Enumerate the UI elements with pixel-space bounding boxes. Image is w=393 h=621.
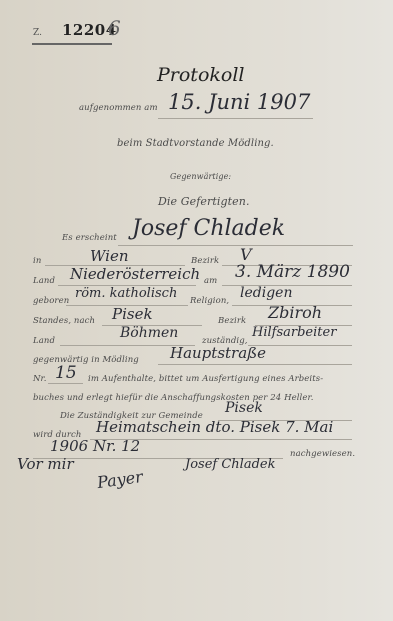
rule-street <box>158 364 352 365</box>
field-label-land: Land <box>33 276 55 286</box>
rule-house-number <box>48 383 83 384</box>
field-value-origin: Pisek <box>112 305 153 323</box>
rule-name <box>118 245 353 246</box>
field-label-house-number: Nr. <box>33 374 47 384</box>
proven-by-document: Heimatschein dto. Pisek 7. Mai <box>96 418 333 436</box>
official-signature: Payer <box>96 467 144 492</box>
body-text-line-2: buches und erlegt hiefür die Anschaffung… <box>33 393 314 403</box>
taken-on-date: 15. Juni 1907 <box>168 90 310 114</box>
field-value-street: Hauptstraße <box>170 344 266 362</box>
field-label-origin: Standes, nach <box>33 316 95 326</box>
field-label-born: geboren <box>33 296 69 306</box>
taken-on-label: aufgenommen am <box>79 103 158 113</box>
field-value-occupation: Hilfsarbeiter <box>252 325 336 340</box>
field-value-house-number: 15 <box>55 363 77 383</box>
field-label-origin-district: Bezirk <box>218 316 246 326</box>
field-value-origin-land: Böhmen <box>120 325 178 341</box>
field-value-city: Wien <box>90 247 129 265</box>
register-underline <box>32 43 112 45</box>
field-value-religion: röm. katholisch <box>75 286 177 301</box>
document-title: Protokoll <box>157 64 245 86</box>
present-label: Gegenwärtige: <box>170 172 231 181</box>
signed-label: Die Gefertigten. <box>158 195 250 208</box>
field-value-name: Josef Chladek <box>132 216 285 241</box>
date-underline <box>158 118 313 119</box>
body-text-line-1: im Aufenthalte, bittet um Ausfertigung e… <box>88 374 323 384</box>
office-line: beim Stadtvorstande Mödling. <box>117 138 274 149</box>
proven-by-document-cont: 1906 Nr. 12 <box>50 437 140 455</box>
field-label-religion: Religion, <box>190 296 229 306</box>
register-prefix: Z. <box>33 28 42 38</box>
field-value-birthdate: 3. März 1890 <box>235 262 350 282</box>
field-value-status: ledigen <box>240 285 292 301</box>
proven-suffix: nachgewiesen. <box>290 449 355 459</box>
field-label-name: Es erscheint <box>62 233 117 243</box>
jurisdiction-community: Pisek <box>225 400 263 416</box>
field-value-origin-district: Zbiroh <box>268 303 322 322</box>
field-label-city: in <box>33 256 41 266</box>
applicant-signature: Josef Chladek <box>185 457 275 472</box>
official-signature-prefix: Vor mir <box>17 455 74 473</box>
field-label-current-residence: gegenwärtig in Mödling <box>33 355 139 365</box>
field-label-birthdate: am <box>204 276 217 286</box>
field-label-origin-land: Land <box>33 336 55 346</box>
register-annotation: 6 <box>108 16 121 40</box>
field-value-land: Niederösterreich <box>70 265 200 283</box>
